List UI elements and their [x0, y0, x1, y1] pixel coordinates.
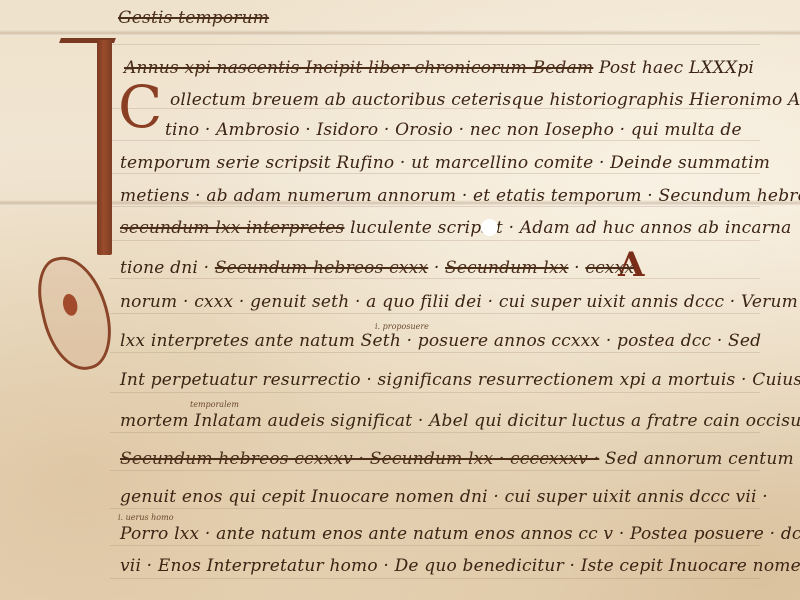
struck-text: ccxxx [585, 258, 634, 278]
interlinear-gloss: i. uerus homo [118, 513, 174, 522]
initial-c: C [118, 78, 162, 136]
line-rest: Sed annorum centum quinque [605, 449, 800, 469]
manuscript-line: metiens · ab adam numerum annorum · et e… [120, 186, 800, 206]
ruling-line [110, 578, 760, 579]
manuscript-line: temporum serie scripsit Rufino · ut marc… [120, 153, 770, 173]
interlinear-gloss: temporalem [190, 400, 239, 409]
line-rest: luculente scripsit · Adam ad huc annos a… [350, 218, 791, 238]
ruling-line [110, 206, 760, 207]
marker-dot [481, 219, 498, 236]
manuscript-line: Porro lxx · ante natum enos ante natum e… [120, 524, 800, 544]
line-tail: Post haec LXXXpi [599, 58, 754, 78]
manuscript-line: Int perpetuatur resurrectio · significan… [120, 370, 800, 390]
manuscript-line: lxx interpretes ante natum Seth · posuer… [120, 331, 761, 351]
manuscript-line: mortem Inlatam audeis significat · Abel … [120, 411, 800, 431]
struck-text: Secundum lxx [445, 258, 569, 278]
ruling-line [110, 545, 760, 546]
struck-text: secundum lxx interpretes [120, 218, 344, 238]
manuscript-line: Annus xpi nascentis Incipit liber chroni… [124, 58, 754, 78]
struck-text: Secundum hebreos cxxx [215, 258, 428, 278]
ruling-line [110, 508, 760, 509]
ruling-line [110, 352, 760, 353]
ruling-line [110, 240, 760, 241]
manuscript-line: norum · cxxx · genuit seth · a quo filii… [120, 292, 798, 312]
manuscript-line: genuit enos qui cepit Inuocare nomen dni… [120, 487, 768, 507]
ruling-line [110, 392, 760, 393]
manuscript-line: secundum lxx interpretes luculente scrip… [120, 218, 792, 238]
ruling-line [110, 313, 760, 314]
line-start: tione dni · [120, 258, 209, 278]
ruling-line [110, 470, 760, 471]
manuscript-line: tione dni · Secundum hebreos cxxx · Secu… [120, 258, 634, 278]
manuscript-line: vii · Enos Interpretatur homo · De quo b… [120, 556, 800, 576]
struck-text: Secundum hebreos ccxxxv · Secundum lxx ·… [120, 449, 599, 469]
fold-crease [0, 30, 800, 36]
ruling-line [110, 173, 760, 174]
ruling-line [110, 278, 760, 279]
ruling-line [110, 140, 760, 141]
ruling-line [110, 44, 760, 45]
struck-text: Annus xpi nascentis Incipit liber chroni… [124, 58, 593, 78]
initial-i-shaft [97, 40, 112, 255]
ruling-line [110, 432, 760, 433]
manuscript-line: tino · Ambrosio · Isidoro · Orosio · nec… [165, 120, 742, 140]
interlinear-gloss: i. proposuere [375, 322, 429, 331]
manuscript-line: ollectum breuem ab auctoribus ceterisque… [170, 90, 800, 110]
manuscript-line: Secundum hebreos ccxxxv · Secundum lxx ·… [120, 449, 800, 469]
manuscript-line: Gestis temporum [118, 8, 269, 28]
